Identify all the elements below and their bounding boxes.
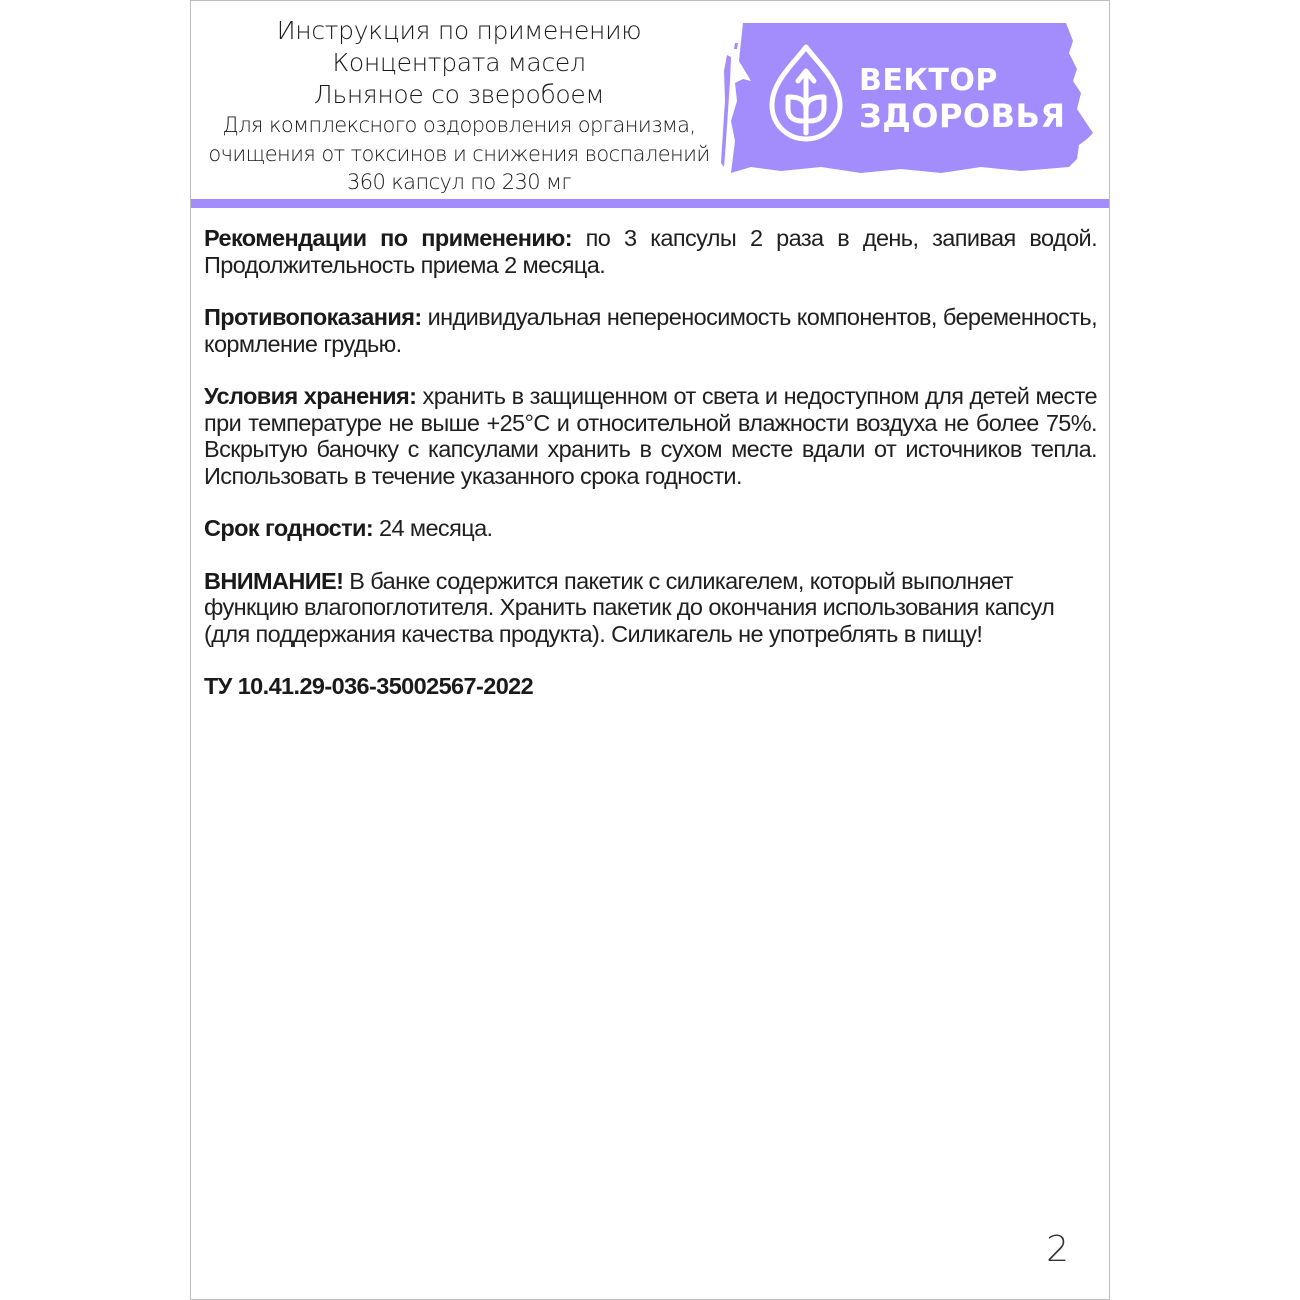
section-storage: Условия хранения: хранить в защищенном о… [204, 383, 1097, 489]
header-title-block: Инструкция по применению Концентрата мас… [191, 15, 727, 197]
section-shelf-life: Срок годности: 24 месяца. [204, 515, 1097, 542]
section-label: Срок годности: [204, 515, 373, 541]
section-text: 24 месяца. [373, 515, 492, 541]
section-tu-standard: ТУ 10.41.29-036-35002567-2022 [204, 673, 1097, 700]
instruction-body: Рекомендации по применению: по 3 капсулы… [204, 225, 1097, 726]
section-label: ВНИМАНИЕ! [204, 568, 343, 594]
title-line: Концентрата масел [191, 47, 727, 79]
section-label: Рекомендации по применению: [204, 225, 572, 251]
header-divider-bar [191, 199, 1109, 208]
section-label: Противопоказания: [204, 304, 422, 330]
section-contraindications: Противопоказания: индивидуальная неперен… [204, 304, 1097, 357]
section-label: Условия хранения: [204, 383, 416, 409]
section-warning: ВНИМАНИЕ! В банке содержится пакетик с с… [204, 568, 1097, 648]
page-number: 2 [1046, 1229, 1069, 1270]
subtitle-line: 360 капсул по 230 мг [191, 168, 727, 197]
drop-sprout-arrow-icon [766, 43, 846, 143]
subtitle-line: очищения от токсинов и снижения воспален… [191, 140, 727, 169]
subtitle-line: Для комплексного оздоровления организма, [191, 111, 727, 140]
logo-word-zdorovya: ЗДОРОВЬЯ [859, 97, 1066, 135]
title-line: Льняное со зверобоем [191, 79, 727, 111]
brand-logo: ВЕКТОР ЗДОРОВЬЯ [721, 21, 1101, 176]
title-line: Инструкция по применению [191, 15, 727, 47]
logo-word-vektor: ВЕКТОР [859, 63, 998, 98]
section-usage: Рекомендации по применению: по 3 капсулы… [204, 225, 1097, 278]
section-label: ТУ 10.41.29-036-35002567-2022 [204, 673, 533, 699]
instruction-page: Инструкция по применению Концентрата мас… [190, 0, 1110, 1300]
